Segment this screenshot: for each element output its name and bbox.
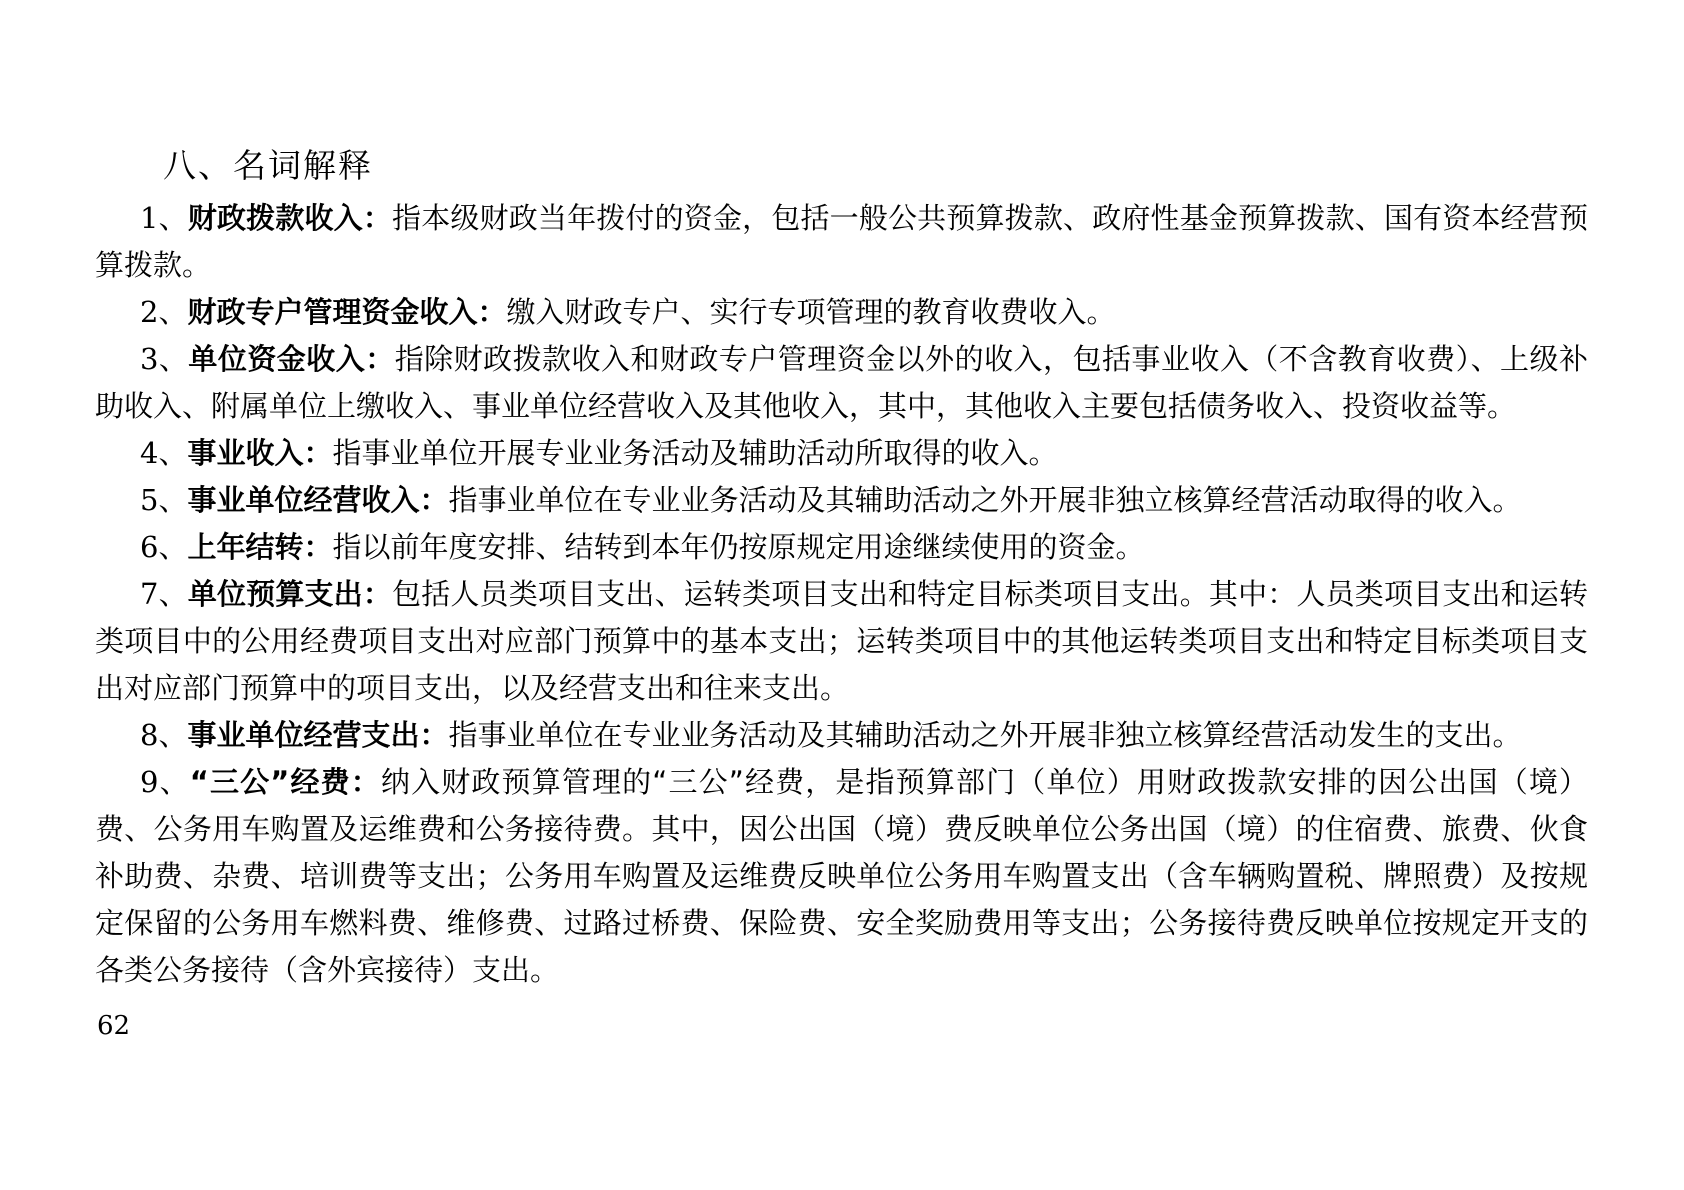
item-number: 8、 — [140, 718, 187, 752]
item-number: 9、 — [140, 765, 190, 799]
glossary-item-4: 4、事业收入：指事业单位开展专业业务活动及辅助活动所取得的收入。 — [95, 430, 1588, 477]
page-number: 62 — [97, 1008, 130, 1044]
item-term: 单位预算支出： — [188, 577, 392, 611]
item-term: 事业收入： — [187, 436, 332, 470]
glossary-item-8: 8、事业单位经营支出：指事业单位在专业业务活动及其辅助活动之外开展非独立核算经营… — [95, 712, 1588, 759]
glossary-item-1: 1、财政拨款收入：指本级财政当年拨付的资金，包括一般公共预算拨款、政府性基金预算… — [95, 195, 1588, 289]
glossary-item-9: 9、“三公”经费：纳入财政预算管理的“三公”经费，是指预算部门（单位）用财政拨款… — [95, 759, 1588, 994]
item-term: “三公”经费： — [190, 765, 381, 799]
glossary-item-6: 6、上年结转：指以前年度安排、结转到本年仍按原规定用途继续使用的资金。 — [95, 524, 1588, 571]
item-number: 7、 — [140, 577, 188, 611]
glossary-item-2: 2、财政专户管理资金收入：缴入财政专户、实行专项管理的教育收费收入。 — [95, 289, 1588, 336]
item-number: 6、 — [140, 530, 187, 564]
item-term: 上年结转： — [187, 530, 332, 564]
item-number: 1、 — [140, 201, 188, 235]
item-definition: 缴入财政专户、实行专项管理的教育收费收入。 — [506, 295, 1115, 329]
item-number: 5、 — [140, 483, 187, 517]
item-definition: 指以前年度安排、结转到本年仍按原规定用途继续使用的资金。 — [332, 530, 1144, 564]
glossary-list: 1、财政拨款收入：指本级财政当年拨付的资金，包括一般公共预算拨款、政府性基金预算… — [95, 195, 1588, 994]
item-term: 事业单位经营收入： — [187, 483, 448, 517]
glossary-item-7: 7、单位预算支出：包括人员类项目支出、运转类项目支出和特定目标类项目支出。其中：… — [95, 571, 1588, 712]
item-definition: 指事业单位开展专业业务活动及辅助活动所取得的收入。 — [332, 436, 1057, 470]
item-definition: 指事业单位在专业业务活动及其辅助活动之外开展非独立核算经营活动取得的收入。 — [448, 483, 1521, 517]
item-number: 4、 — [140, 436, 187, 470]
document-page: 八、名词解释 1、财政拨款收入：指本级财政当年拨付的资金，包括一般公共预算拨款、… — [0, 0, 1684, 1190]
item-term: 财政专户管理资金收入： — [187, 295, 506, 329]
section-title: 八、名词解释 — [163, 142, 1588, 189]
item-number: 2、 — [140, 295, 187, 329]
item-term: 财政拨款收入： — [188, 201, 392, 235]
item-definition: 指事业单位在专业业务活动及其辅助活动之外开展非独立核算经营活动发生的支出。 — [448, 718, 1521, 752]
glossary-item-3: 3、单位资金收入：指除财政拨款收入和财政专户管理资金以外的收入，包括事业收入（不… — [95, 336, 1588, 430]
item-term: 单位资金收入： — [188, 342, 394, 376]
glossary-item-5: 5、事业单位经营收入：指事业单位在专业业务活动及其辅助活动之外开展非独立核算经营… — [95, 477, 1588, 524]
item-number: 3、 — [140, 342, 188, 376]
item-term: 事业单位经营支出： — [187, 718, 448, 752]
